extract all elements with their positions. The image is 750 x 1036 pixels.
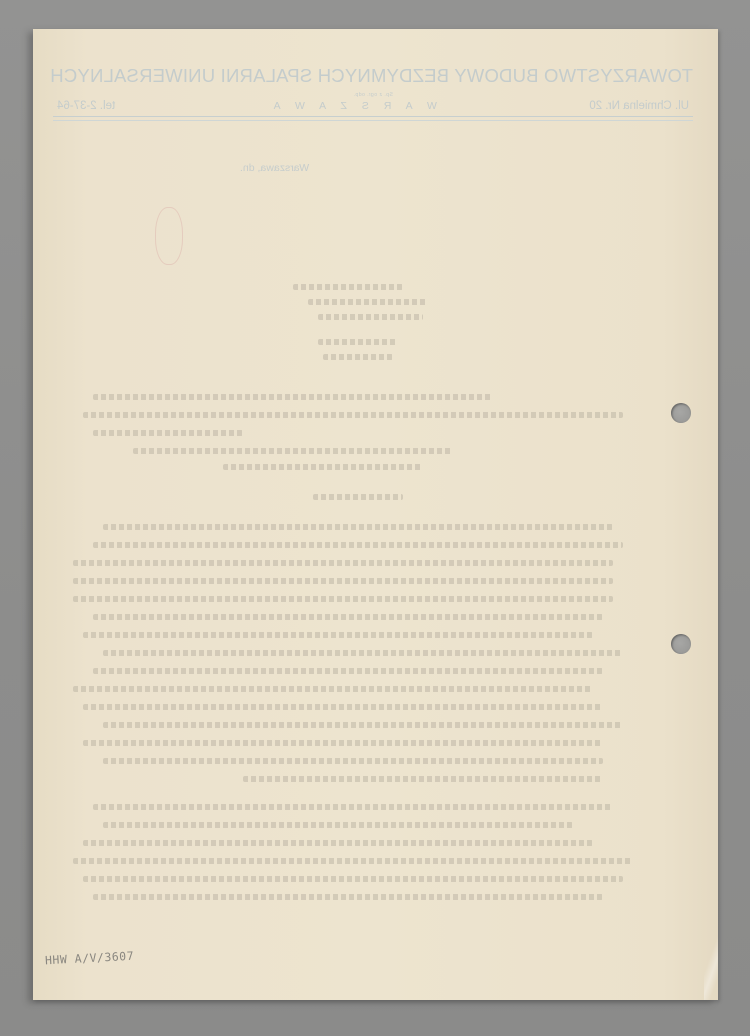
bleed-text-line: [83, 840, 593, 846]
bleed-text-line: [103, 758, 603, 764]
bleed-text-line: [73, 686, 593, 692]
bleed-text-line: [73, 578, 613, 584]
bleed-text-line: [93, 668, 603, 674]
letterhead-address: Ul. Chmielna Nr. 20: [589, 100, 689, 112]
bleed-through-typed-text: [63, 284, 663, 904]
bleed-text-line: [93, 614, 603, 620]
bleed-text-line: [103, 524, 613, 530]
bleed-text-line: [308, 299, 428, 305]
letterhead-contact-row: Ul. Chmielna Nr. 20 W A R S Z A W A tel.…: [53, 100, 693, 112]
document-sheet: TOWARZYSTWO BUDOWY BEZDYMNYCH SPALARNI U…: [33, 29, 718, 1000]
bleed-text-line: [93, 394, 493, 400]
bleed-text-line: [323, 354, 393, 360]
bleed-text-line: [318, 314, 423, 320]
bleed-text-line: [93, 430, 243, 436]
bleed-text-line: [103, 722, 623, 728]
letterhead: TOWARZYSTWO BUDOWY BEZDYMNYCH SPALARNI U…: [53, 65, 693, 121]
bleed-text-line: [83, 740, 603, 746]
bleed-text-line: [93, 542, 623, 548]
bleed-text-line: [318, 339, 398, 345]
bleed-text-line: [93, 804, 613, 810]
bleed-text-line: [73, 596, 613, 602]
bleed-text-line: [83, 876, 623, 882]
bleed-text-line: [313, 494, 403, 500]
letterhead-subtitle: Sp. z ogr. odp.: [53, 92, 693, 98]
punch-hole-bottom: [671, 634, 691, 654]
punch-hole-top: [671, 403, 691, 423]
place-date-label: Warszawa, dn.: [240, 162, 360, 174]
bleed-text-line: [243, 776, 603, 782]
bleed-text-line: [83, 704, 603, 710]
bleed-text-line: [133, 448, 453, 454]
bleed-text-line: [83, 632, 593, 638]
bleed-text-line: [83, 412, 623, 418]
bleed-text-line: [93, 894, 603, 900]
bleed-text-line: [103, 650, 623, 656]
faded-stamp-mark: [155, 207, 183, 265]
bleed-text-line: [73, 858, 633, 864]
letterhead-city: W A R S Z A W A: [268, 100, 437, 112]
bleed-text-line: [73, 560, 613, 566]
letterhead-company: TOWARZYSTWO BUDOWY BEZDYMNYCH SPALARNI U…: [53, 65, 693, 87]
letterhead-divider: [53, 116, 693, 121]
letterhead-phone: tel. 2-37-64: [57, 100, 115, 112]
bleed-text-line: [103, 822, 573, 828]
bleed-text-line: [223, 464, 423, 470]
bleed-text-line: [293, 284, 403, 290]
